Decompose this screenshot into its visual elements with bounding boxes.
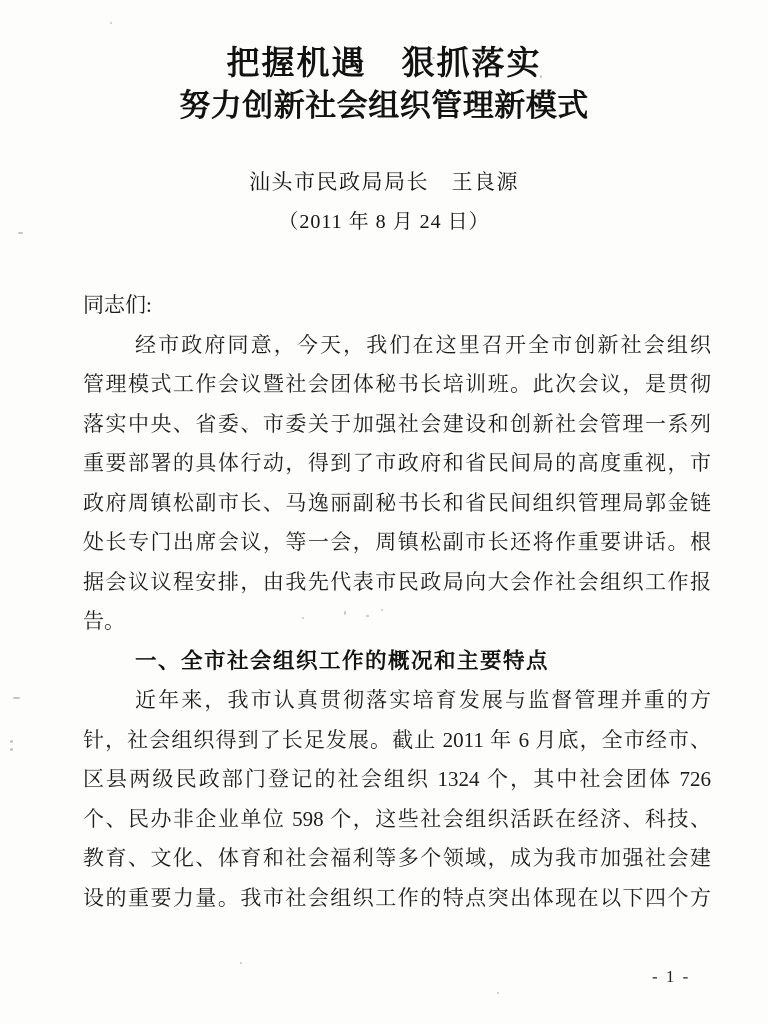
document-body: 同志们: 经市政府同意，今天，我们在这里召开全市创新社会组织 管理模式工作会议暨… — [83, 286, 711, 918]
page-number: - 1 - — [652, 967, 690, 987]
document-date: （2011 年 8 月 24 日） — [0, 208, 768, 236]
scan-speck — [10, 740, 13, 743]
body-line: 处长专门出席会议，等一会，周镇松副市长还将作重要讲话。根 — [83, 523, 711, 563]
scan-speck — [246, 428, 248, 430]
body-line: 设的重要力量。我市社会组织工作的特点突出体现在以下四个方 — [83, 879, 711, 919]
scan-speck — [344, 611, 346, 615]
body-line: 据会议议程安排，由我先代表市民政局向大会作社会组织工作报 — [83, 563, 711, 603]
scan-speck — [10, 748, 13, 751]
scan-speck — [13, 697, 20, 699]
scan-speck — [540, 75, 542, 78]
salutation-line: 同志们: — [83, 286, 711, 326]
scan-speck — [302, 617, 304, 619]
scanned-document-page: 把握机遇 狠抓落实 努力创新社会组织管理新模式 汕头市民政局局长 王良源 （20… — [0, 0, 768, 1024]
body-line: 管理模式工作会议暨社会团体秘书长培训班。此次会议，是贯彻 — [83, 365, 711, 405]
scan-speck — [366, 615, 369, 617]
body-line: 教育、文化、体育和社会福利等多个领域，成为我市加强社会建 — [83, 839, 711, 879]
document-title-line1: 把握机遇 狠抓落实 — [0, 42, 768, 84]
body-line: 近年来，我市认真贯彻落实培育发展与监督管理并重的方 — [83, 681, 711, 721]
body-line: 区县两级民政部门登记的社会组织 1324 个，其中社会团体 726 — [83, 760, 711, 800]
scan-speck — [381, 609, 383, 611]
scan-speck — [497, 992, 499, 994]
document-title: 把握机遇 狠抓落实 努力创新社会组织管理新模式 — [0, 42, 768, 128]
body-line: 落实中央、省委、市委关于加强社会建设和创新社会管理一系列 — [83, 405, 711, 445]
body-line: 告。 — [83, 602, 711, 642]
author-byline: 汕头市民政局局长 王良源 — [0, 168, 768, 196]
document-title-line2: 努力创新社会组织管理新模式 — [0, 84, 768, 128]
section-heading: 一、全市社会组织工作的概况和主要特点 — [83, 642, 711, 682]
scan-speck — [110, 22, 112, 24]
body-line: 经市政府同意，今天，我们在这里召开全市创新社会组织 — [83, 326, 711, 366]
body-line: 政府周镇松副市长、马逸丽副秘书长和省民间组织管理局郭金链 — [83, 484, 711, 524]
body-line: 个、民办非企业单位 598 个，这些社会组织活跃在经济、科技、 — [83, 800, 711, 840]
body-line: 针，社会组织得到了长足发展。截止 2011 年 6 月底，全市经市、 — [83, 721, 711, 761]
scan-speck — [240, 962, 242, 964]
scan-speck — [18, 232, 23, 234]
body-line: 重要部署的具体行动，得到了市政府和省民间局的高度重视，市 — [83, 444, 711, 484]
scan-speck — [432, 57, 435, 59]
